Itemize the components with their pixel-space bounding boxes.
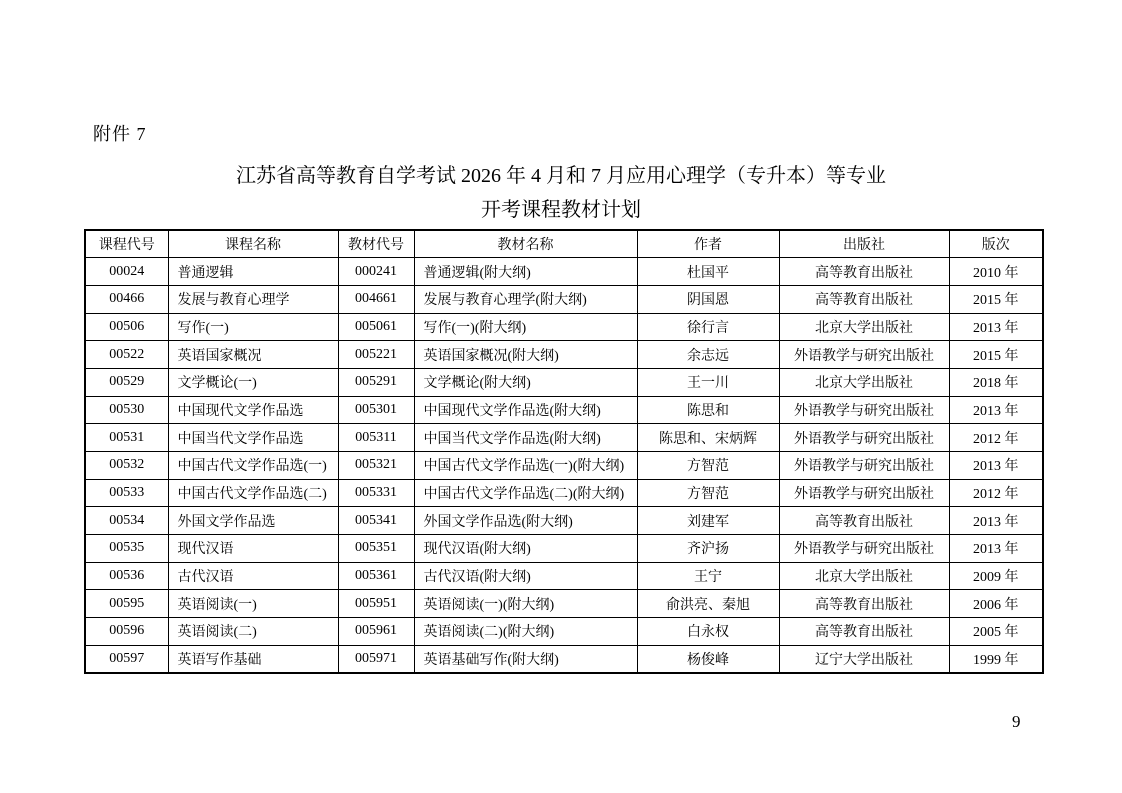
table-row: 00466发展与教育心理学004661发展与教育心理学(附大纲)阴国恩高等教育出… xyxy=(85,285,1043,313)
document-page: 附件 7 江苏省高等教育自学考试 2026 年 4 月和 7 月应用心理学（专升… xyxy=(0,0,1122,793)
document-title: 江苏省高等教育自学考试 2026 年 4 月和 7 月应用心理学（专升本）等专业… xyxy=(0,160,1122,228)
cell-course-code: 00531 xyxy=(85,424,168,452)
cell-material-name: 英语阅读(二)(附大纲) xyxy=(414,618,637,646)
cell-course-code: 00533 xyxy=(85,479,168,507)
header-material-code: 教材代号 xyxy=(338,230,414,258)
cell-material-code: 005321 xyxy=(338,452,414,480)
cell-author: 陈思和、宋炳辉 xyxy=(637,424,779,452)
cell-material-name: 发展与教育心理学(附大纲) xyxy=(414,285,637,313)
cell-material-code: 005291 xyxy=(338,368,414,396)
cell-edition: 2006 年 xyxy=(949,590,1043,618)
cell-material-code: 005221 xyxy=(338,341,414,369)
cell-publisher: 外语教学与研究出版社 xyxy=(779,479,949,507)
cell-publisher: 外语教学与研究出版社 xyxy=(779,535,949,563)
cell-material-code: 005971 xyxy=(338,645,414,673)
cell-course-code: 00595 xyxy=(85,590,168,618)
table-row: 00530中国现代文学作品选005301中国现代文学作品选(附大纲)陈思和外语教… xyxy=(85,396,1043,424)
cell-author: 白永权 xyxy=(637,618,779,646)
cell-course-code: 00532 xyxy=(85,452,168,480)
table-row: 00532中国古代文学作品选(一)005321中国古代文学作品选(一)(附大纲)… xyxy=(85,452,1043,480)
table-row: 00536古代汉语005361古代汉语(附大纲)王宁北京大学出版社2009 年 xyxy=(85,562,1043,590)
table-row: 00529文学概论(一)005291文学概论(附大纲)王一川北京大学出版社201… xyxy=(85,368,1043,396)
document-title-line1: 江苏省高等教育自学考试 2026 年 4 月和 7 月应用心理学（专升本）等专业 xyxy=(0,160,1122,192)
cell-edition: 1999 年 xyxy=(949,645,1043,673)
table-row: 00506写作(一)005061写作(一)(附大纲)徐行言北京大学出版社2013… xyxy=(85,313,1043,341)
cell-edition: 2013 年 xyxy=(949,396,1043,424)
table-header-row: 课程代号 课程名称 教材代号 教材名称 作者 出版社 版次 xyxy=(85,230,1043,258)
cell-course-name: 中国当代文学作品选 xyxy=(168,424,338,452)
header-material-name: 教材名称 xyxy=(414,230,637,258)
cell-material-name: 中国现代文学作品选(附大纲) xyxy=(414,396,637,424)
cell-publisher: 外语教学与研究出版社 xyxy=(779,341,949,369)
header-course-name: 课程名称 xyxy=(168,230,338,258)
cell-material-code: 005311 xyxy=(338,424,414,452)
cell-publisher: 北京大学出版社 xyxy=(779,562,949,590)
table-row: 00531中国当代文学作品选005311中国当代文学作品选(附大纲)陈思和、宋炳… xyxy=(85,424,1043,452)
cell-course-code: 00597 xyxy=(85,645,168,673)
cell-edition: 2010 年 xyxy=(949,258,1043,286)
cell-material-name: 英语基础写作(附大纲) xyxy=(414,645,637,673)
cell-course-name: 英语写作基础 xyxy=(168,645,338,673)
cell-course-code: 00596 xyxy=(85,618,168,646)
cell-material-code: 005301 xyxy=(338,396,414,424)
cell-author: 王一川 xyxy=(637,368,779,396)
cell-edition: 2015 年 xyxy=(949,285,1043,313)
cell-material-code: 005961 xyxy=(338,618,414,646)
cell-material-name: 中国古代文学作品选(二)(附大纲) xyxy=(414,479,637,507)
cell-material-name: 古代汉语(附大纲) xyxy=(414,562,637,590)
cell-course-name: 英语国家概况 xyxy=(168,341,338,369)
cell-edition: 2013 年 xyxy=(949,535,1043,563)
cell-material-name: 外国文学作品选(附大纲) xyxy=(414,507,637,535)
cell-course-code: 00529 xyxy=(85,368,168,396)
cell-course-code: 00522 xyxy=(85,341,168,369)
cell-author: 徐行言 xyxy=(637,313,779,341)
cell-material-name: 普通逻辑(附大纲) xyxy=(414,258,637,286)
cell-edition: 2013 年 xyxy=(949,452,1043,480)
cell-material-name: 写作(一)(附大纲) xyxy=(414,313,637,341)
cell-course-code: 00506 xyxy=(85,313,168,341)
cell-course-name: 发展与教育心理学 xyxy=(168,285,338,313)
cell-course-code: 00534 xyxy=(85,507,168,535)
cell-course-name: 古代汉语 xyxy=(168,562,338,590)
cell-edition: 2005 年 xyxy=(949,618,1043,646)
header-publisher: 出版社 xyxy=(779,230,949,258)
cell-material-name: 现代汉语(附大纲) xyxy=(414,535,637,563)
table-row: 00596英语阅读(二)005961英语阅读(二)(附大纲)白永权高等教育出版社… xyxy=(85,618,1043,646)
cell-course-name: 英语阅读(一) xyxy=(168,590,338,618)
cell-course-code: 00530 xyxy=(85,396,168,424)
cell-material-code: 005351 xyxy=(338,535,414,563)
cell-edition: 2015 年 xyxy=(949,341,1043,369)
cell-course-code: 00024 xyxy=(85,258,168,286)
cell-material-name: 中国当代文学作品选(附大纲) xyxy=(414,424,637,452)
cell-publisher: 高等教育出版社 xyxy=(779,618,949,646)
cell-course-name: 中国古代文学作品选(一) xyxy=(168,452,338,480)
cell-material-name: 英语国家概况(附大纲) xyxy=(414,341,637,369)
cell-author: 余志远 xyxy=(637,341,779,369)
cell-material-code: 004661 xyxy=(338,285,414,313)
cell-author: 刘建军 xyxy=(637,507,779,535)
table-row: 00597英语写作基础005971英语基础写作(附大纲)杨俊峰辽宁大学出版社19… xyxy=(85,645,1043,673)
cell-material-code: 000241 xyxy=(338,258,414,286)
cell-course-code: 00536 xyxy=(85,562,168,590)
cell-author: 俞洪亮、秦旭 xyxy=(637,590,779,618)
cell-publisher: 辽宁大学出版社 xyxy=(779,645,949,673)
cell-edition: 2013 年 xyxy=(949,507,1043,535)
cell-edition: 2013 年 xyxy=(949,313,1043,341)
cell-author: 阴国恩 xyxy=(637,285,779,313)
cell-edition: 2018 年 xyxy=(949,368,1043,396)
cell-course-name: 英语阅读(二) xyxy=(168,618,338,646)
cell-course-code: 00535 xyxy=(85,535,168,563)
cell-author: 杨俊峰 xyxy=(637,645,779,673)
cell-author: 方智范 xyxy=(637,479,779,507)
cell-course-name: 写作(一) xyxy=(168,313,338,341)
cell-edition: 2012 年 xyxy=(949,479,1043,507)
cell-course-name: 现代汉语 xyxy=(168,535,338,563)
page-number: 9 xyxy=(1012,712,1021,732)
cell-author: 陈思和 xyxy=(637,396,779,424)
cell-publisher: 高等教育出版社 xyxy=(779,507,949,535)
cell-publisher: 高等教育出版社 xyxy=(779,285,949,313)
document-title-line2: 开考课程教材计划 xyxy=(0,192,1122,228)
header-edition: 版次 xyxy=(949,230,1043,258)
cell-publisher: 外语教学与研究出版社 xyxy=(779,424,949,452)
cell-course-name: 外国文学作品选 xyxy=(168,507,338,535)
cell-author: 王宁 xyxy=(637,562,779,590)
course-materials-table: 课程代号 课程名称 教材代号 教材名称 作者 出版社 版次 00024普通逻辑0… xyxy=(84,229,1044,674)
attachment-label: 附件 7 xyxy=(93,120,147,146)
cell-material-name: 英语阅读(一)(附大纲) xyxy=(414,590,637,618)
cell-publisher: 高等教育出版社 xyxy=(779,258,949,286)
cell-course-name: 中国古代文学作品选(二) xyxy=(168,479,338,507)
header-author: 作者 xyxy=(637,230,779,258)
cell-material-code: 005361 xyxy=(338,562,414,590)
cell-material-name: 中国古代文学作品选(一)(附大纲) xyxy=(414,452,637,480)
cell-edition: 2012 年 xyxy=(949,424,1043,452)
cell-publisher: 外语教学与研究出版社 xyxy=(779,452,949,480)
cell-publisher: 北京大学出版社 xyxy=(779,313,949,341)
table-row: 00535现代汉语005351现代汉语(附大纲)齐沪扬外语教学与研究出版社201… xyxy=(85,535,1043,563)
table-row: 00533中国古代文学作品选(二)005331中国古代文学作品选(二)(附大纲)… xyxy=(85,479,1043,507)
table-row: 00534外国文学作品选005341外国文学作品选(附大纲)刘建军高等教育出版社… xyxy=(85,507,1043,535)
cell-author: 杜国平 xyxy=(637,258,779,286)
cell-publisher: 外语教学与研究出版社 xyxy=(779,396,949,424)
cell-material-code: 005331 xyxy=(338,479,414,507)
cell-course-name: 普通逻辑 xyxy=(168,258,338,286)
cell-edition: 2009 年 xyxy=(949,562,1043,590)
table-row: 00522英语国家概况005221英语国家概况(附大纲)余志远外语教学与研究出版… xyxy=(85,341,1043,369)
header-course-code: 课程代号 xyxy=(85,230,168,258)
cell-author: 方智范 xyxy=(637,452,779,480)
cell-course-name: 文学概论(一) xyxy=(168,368,338,396)
cell-author: 齐沪扬 xyxy=(637,535,779,563)
cell-publisher: 高等教育出版社 xyxy=(779,590,949,618)
cell-material-code: 005951 xyxy=(338,590,414,618)
cell-publisher: 北京大学出版社 xyxy=(779,368,949,396)
cell-material-code: 005061 xyxy=(338,313,414,341)
cell-course-name: 中国现代文学作品选 xyxy=(168,396,338,424)
table-row: 00595英语阅读(一)005951英语阅读(一)(附大纲)俞洪亮、秦旭高等教育… xyxy=(85,590,1043,618)
table-row: 00024普通逻辑000241普通逻辑(附大纲)杜国平高等教育出版社2010 年 xyxy=(85,258,1043,286)
cell-course-code: 00466 xyxy=(85,285,168,313)
cell-material-code: 005341 xyxy=(338,507,414,535)
cell-material-name: 文学概论(附大纲) xyxy=(414,368,637,396)
